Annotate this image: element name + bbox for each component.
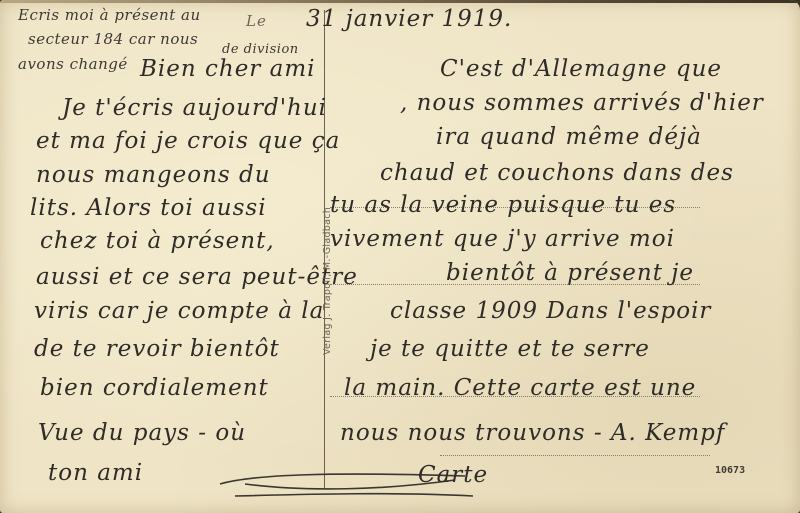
right-line-10: la main. Cette carte est une: [344, 375, 696, 401]
serial-number: 10673: [715, 465, 745, 476]
salutation: Bien cher ami: [140, 56, 315, 82]
left-line-9: bien cordialement: [40, 375, 269, 401]
left-line-4: lits. Alors toi aussi: [30, 195, 267, 221]
left-line-2: et ma foi je crois que ça: [36, 128, 340, 154]
right-line-7: bientôt à présent je: [446, 260, 694, 286]
left-line-5: chez toi à présent,: [40, 228, 275, 254]
margin-note-line-1: Ecris moi à présent au: [18, 6, 201, 24]
left-line-7: viris car je compte à la: [34, 298, 324, 324]
right-line-5: tu as la veine puisque tu es: [330, 192, 676, 218]
left-line-11: ton ami: [48, 460, 143, 486]
right-line-11: nous nous trouvons - A. Kempf: [340, 420, 725, 446]
right-line-3: ira quand même déjà: [436, 124, 702, 150]
left-line-10: Vue du pays - où: [38, 420, 246, 446]
left-line-1: Je t'écris aujourd'hui: [62, 95, 327, 121]
margin-insert: de division: [222, 42, 299, 57]
right-line-1: C'est d'Allemagne que: [440, 56, 722, 82]
postcard: Ecris moi à présent au secteur 184 car n…: [0, 0, 800, 513]
left-line-3: nous mangeons du: [36, 162, 271, 188]
right-line-2: , nous sommes arrivés d'hier: [400, 90, 764, 116]
margin-note-line-2: secteur 184 car nous: [28, 30, 198, 48]
margin-note-line-3: avons changé: [18, 55, 128, 73]
right-line-6: vivement que j'y arrive moi: [330, 226, 675, 252]
address-line-4: [440, 455, 710, 456]
right-line-8: classe 1909 Dans l'espoir: [390, 298, 711, 324]
printer-imprint: Verlag J. Trapoll, M.-Gladbach: [322, 207, 333, 355]
left-line-8: de te revoir bientôt: [34, 336, 280, 362]
right-line-9: je te quitte et te serre: [370, 336, 650, 362]
place-mark: Le: [246, 12, 267, 30]
right-line-4: chaud et couchons dans des: [380, 160, 734, 186]
letter-date: 31 janvier 1919.: [306, 6, 512, 32]
card-top-edge: [0, 0, 800, 3]
signature: Carte: [418, 462, 488, 488]
left-line-6: aussi et ce sera peut-être: [36, 264, 358, 290]
